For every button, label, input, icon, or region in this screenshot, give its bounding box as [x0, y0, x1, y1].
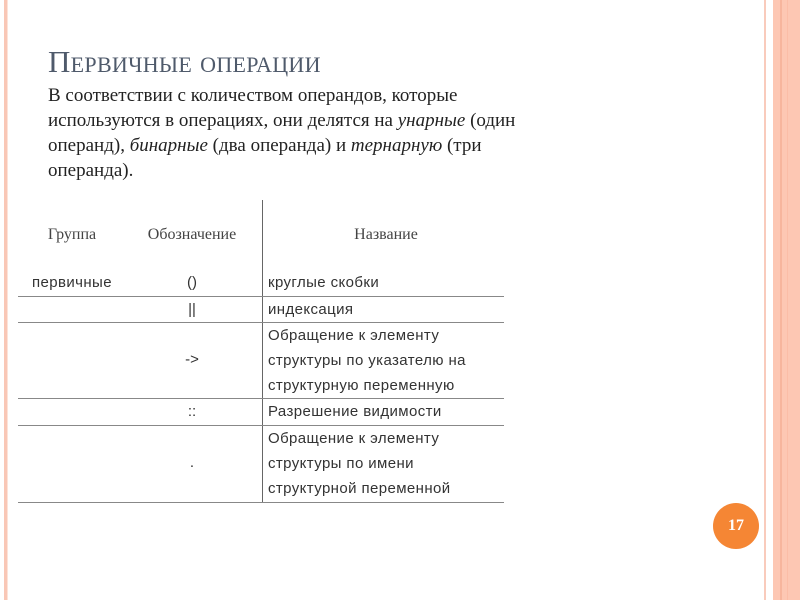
paragraph-text: (два операнда) и: [208, 135, 351, 156]
term-binary: бинарные: [130, 135, 208, 156]
row-name: круглые скобки: [268, 270, 504, 296]
row-name-line: структурной переменной: [268, 476, 504, 502]
left-border-stripe-inner: [7, 0, 8, 600]
row-group: первичные: [18, 270, 126, 296]
right-border-band-line: [787, 0, 788, 600]
row-symbol: ||: [128, 301, 256, 318]
table-row-divider: [18, 502, 504, 503]
right-border-thin-stripe: [764, 0, 766, 600]
header-group: Группа: [18, 226, 126, 244]
operations-table: Группа Обозначение Название первичные ()…: [18, 198, 504, 508]
term-unary: унарные: [398, 110, 466, 131]
row-name: Разрешение видимости: [268, 399, 504, 425]
header-symbol: Обозначение: [128, 226, 256, 244]
slide-paragraph: В соответствии с количеством операндов, …: [48, 83, 548, 183]
row-symbol: ->: [128, 351, 256, 368]
row-symbol: (): [128, 274, 256, 291]
slide-title: Первичные операции: [48, 44, 321, 80]
row-name-line: Обращение к элементу: [268, 426, 504, 452]
row-name-line: Обращение к элементу: [268, 323, 504, 349]
right-border-band-line: [780, 0, 782, 600]
row-name-line: структуры по указателю на: [268, 348, 504, 374]
page-number-badge: 17: [713, 503, 759, 549]
paragraph-text: В соответствии с количеством операндов, …: [48, 85, 457, 131]
row-symbol: .: [128, 454, 256, 471]
table-column-divider: [262, 200, 263, 502]
row-symbol: ::: [128, 403, 256, 420]
row-name: индексация: [268, 297, 504, 323]
row-name-line: структурную переменную: [268, 373, 504, 399]
header-name: Название: [268, 226, 504, 244]
term-ternary: тернарную: [351, 135, 442, 156]
row-name-line: структуры по имени: [268, 451, 504, 477]
